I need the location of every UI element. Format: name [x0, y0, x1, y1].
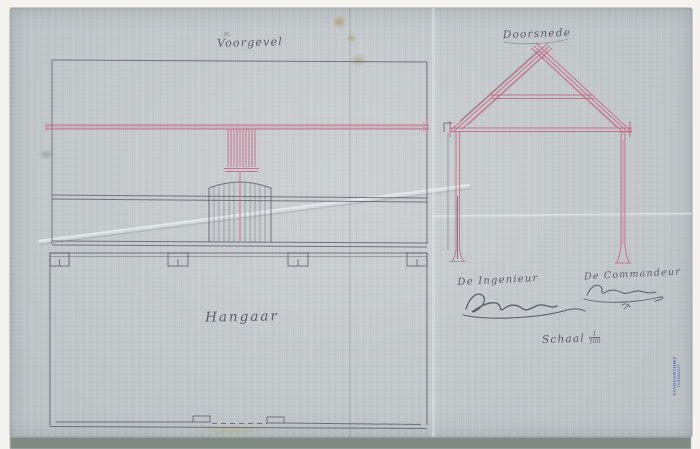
cross-section-drawing [444, 43, 632, 263]
handwriting-flourishes [224, 32, 568, 44]
engineer-signature [463, 294, 585, 318]
scanned-architectural-drawing: Voorgevel Doorsnede Hangaar De Ingenieur… [0, 0, 700, 449]
drawing-linework [0, 0, 700, 449]
commander-signature [584, 285, 663, 309]
ground-plan-drawing [50, 253, 427, 429]
